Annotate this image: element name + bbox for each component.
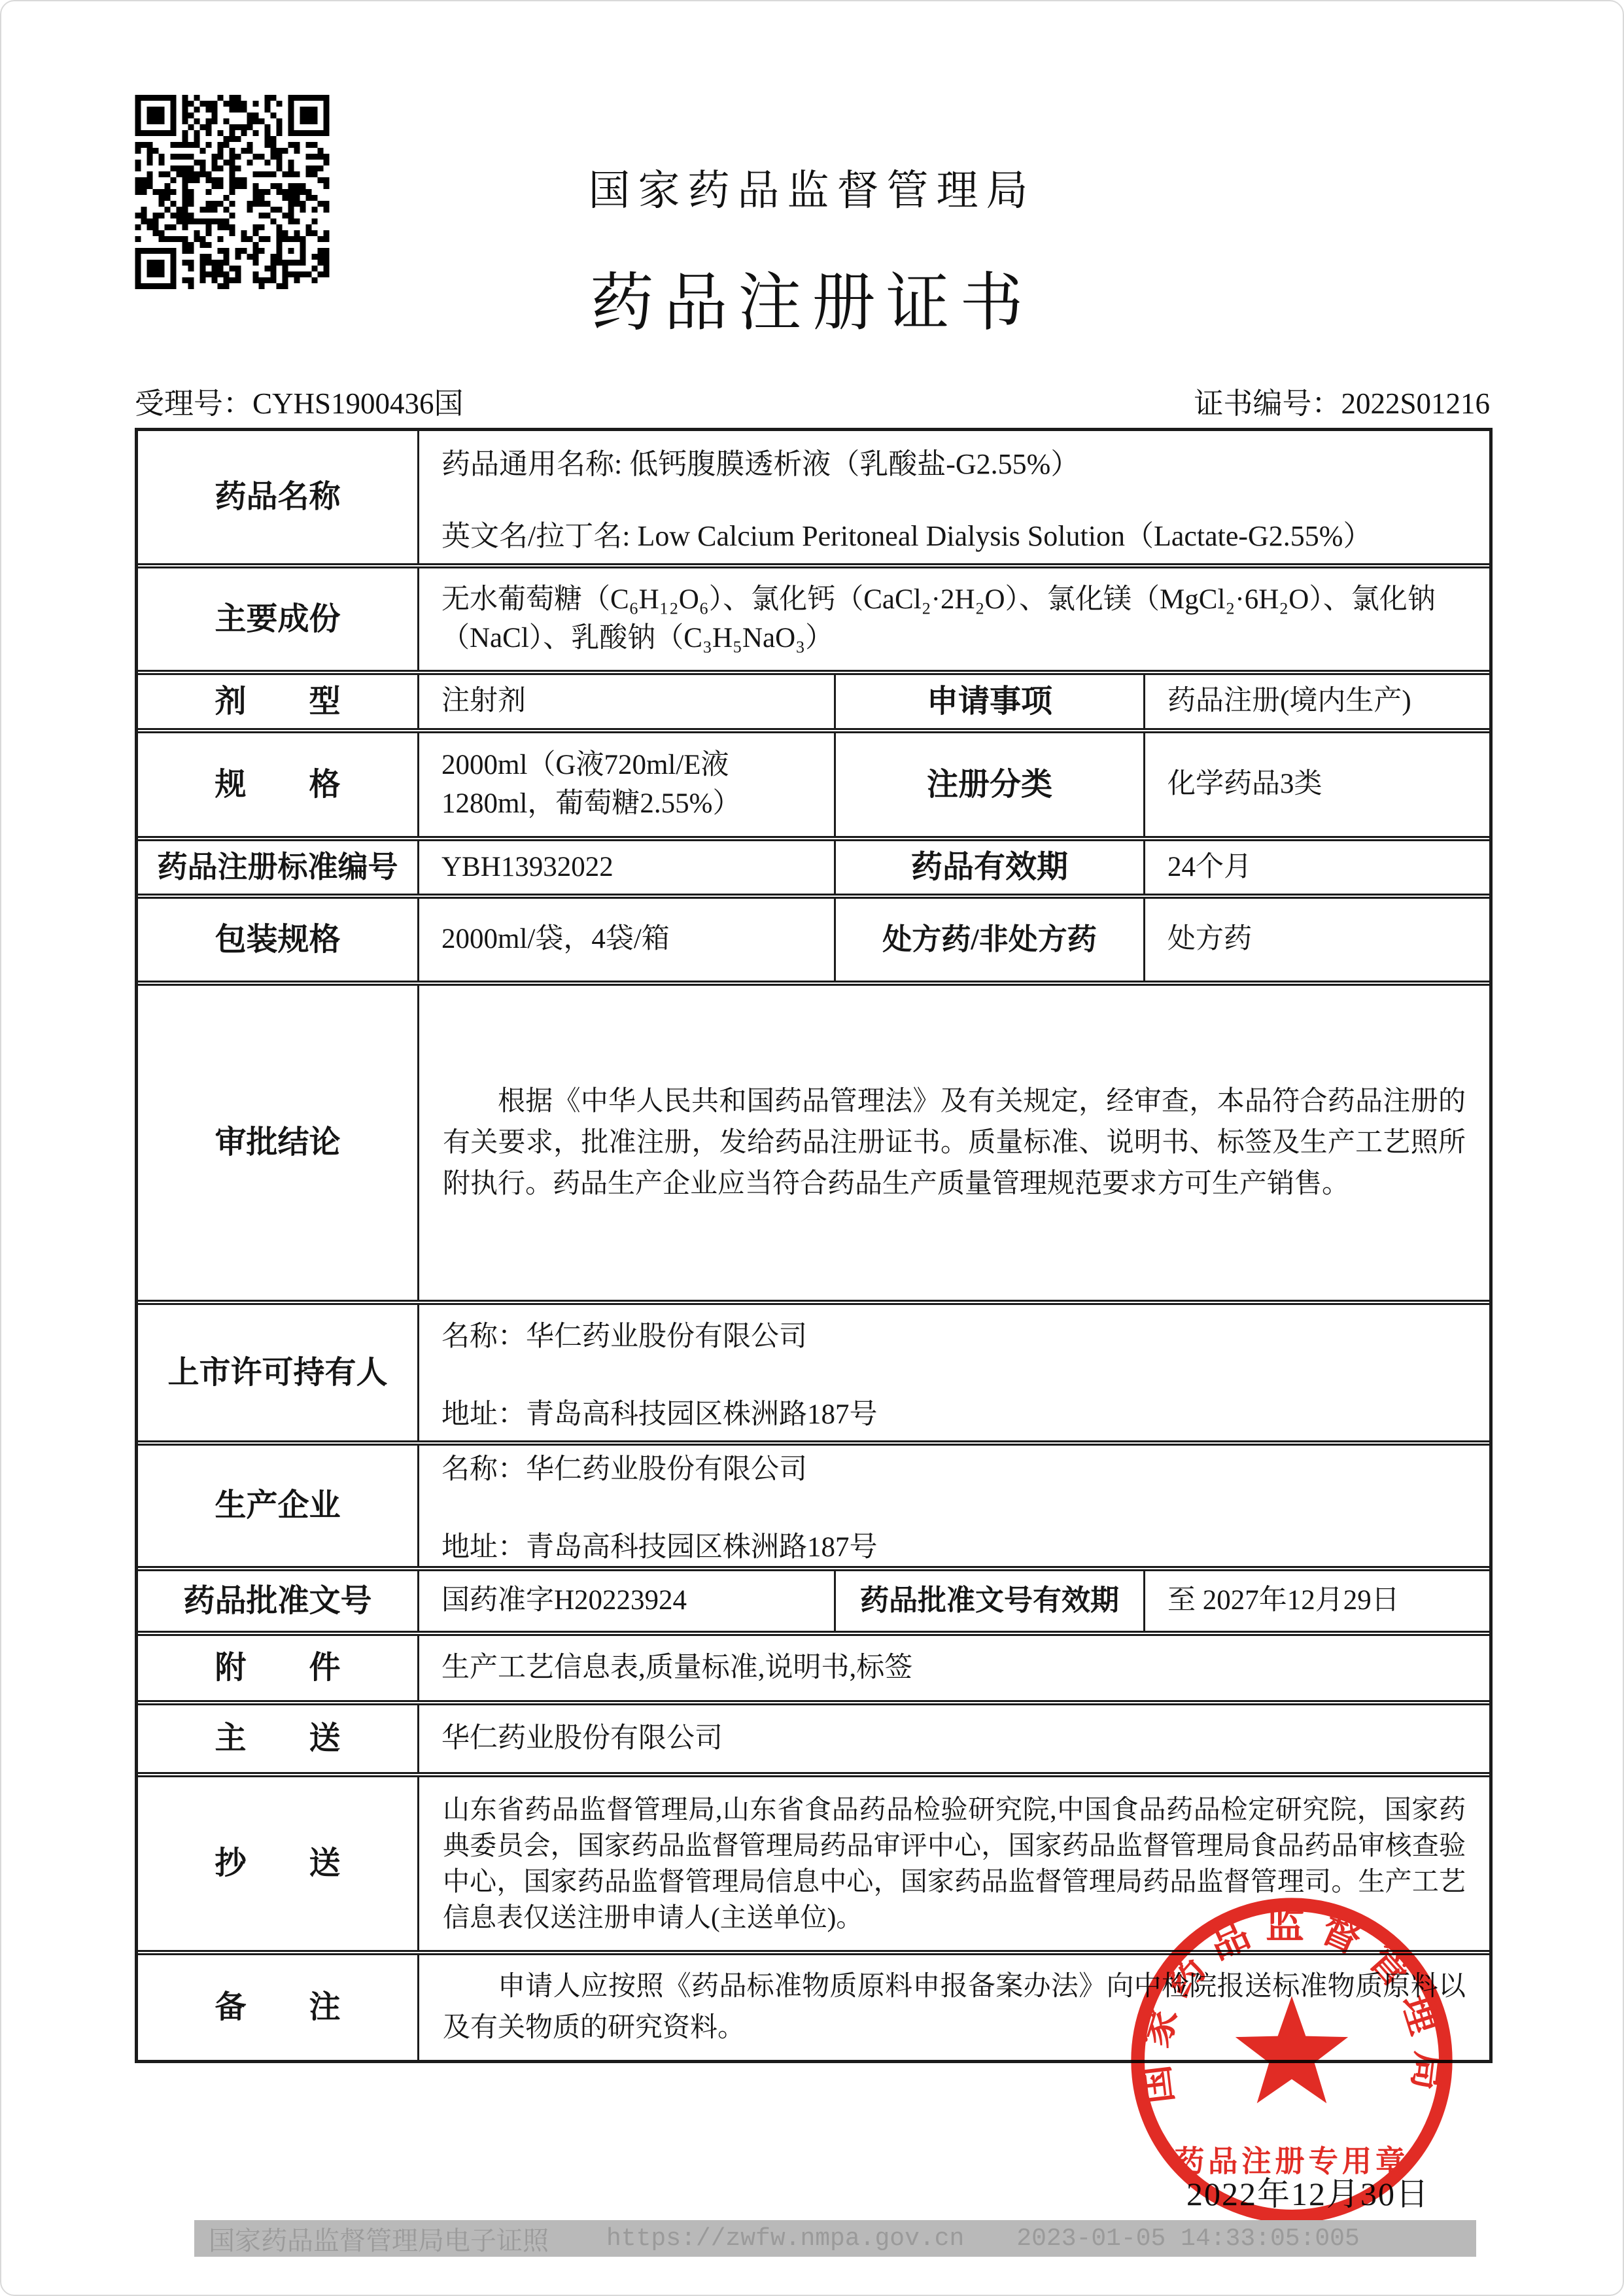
footer-timestamp: 2023-01-05 14:33:05:005: [1016, 2225, 1360, 2253]
table-row-approval-number: 药品批准文号 国药准字H20223924 药品批准文号有效期 至 2027年12…: [138, 1571, 1489, 1636]
ingredients-cell: 无水葡萄糖（C₆H₁₂O₆）、氯化钙（CaCl₂·2H₂O）、氯化镁（MgCl₂…: [417, 568, 1489, 670]
certificate-label: 证书编号：: [1194, 387, 1341, 420]
footer-agency: 国家药品监督管理局电子证照: [209, 2220, 549, 2257]
certificate-number-line: 证书编号：2022S01216: [1194, 379, 1490, 422]
row-label: 剂 型: [138, 675, 417, 728]
generic-name-key: 药品通用名称:: [441, 448, 629, 480]
row-label: 药品有效期: [834, 841, 1143, 894]
row-label: 药品注册标准编号: [138, 841, 417, 894]
table-row-license-holder: 上市许可持有人 名称：华仁药业股份有限公司 地址：青岛高科技园区株洲路187号: [138, 1305, 1489, 1446]
row-label: 主 送: [138, 1705, 417, 1772]
footer-url: https://zwfw.nmpa.gov.cn: [606, 2225, 964, 2253]
manufacturer-name-key: 名称：: [441, 1454, 526, 1485]
license-holder-cell: 名称：华仁药业股份有限公司 地址：青岛高科技园区株洲路187号: [417, 1305, 1489, 1440]
conclusion-text: 根据《中华人民共和国药品管理法》及有关规定，经审查，本品符合药品注册的有关要求，…: [443, 1081, 1466, 1205]
certificate-table: 药品名称 药品通用名称: 低钙腹膜透析液（乳酸盐-G2.55%） 英文名/拉丁名…: [135, 428, 1493, 2063]
table-row-attachment: 附 件 生产工艺信息表,质量标准,说明书,标签: [138, 1636, 1489, 1705]
holder-address-key: 地址：: [441, 1399, 526, 1430]
page-title: 药品注册证书: [1, 251, 1623, 343]
generic-name-line: 药品通用名称: 低钙腹膜透析液（乳酸盐-G2.55%）: [441, 440, 1079, 482]
certificate-number: 2022S01216: [1341, 387, 1490, 420]
registration-class-cell: 化学药品3类: [1143, 733, 1489, 836]
holder-address-value: 青岛高科技园区株洲路187号: [526, 1399, 878, 1430]
english-name-key: 英文名/拉丁名:: [441, 520, 637, 552]
certificate-page: 国家药品监督管理局 药品注册证书 受理号：CYHS1900436国 证书编号：2…: [0, 0, 1624, 2296]
standard-number-cell: YBH13932022: [417, 841, 834, 894]
row-label: 抄 送: [138, 1777, 417, 1950]
row-label: 包装规格: [138, 899, 417, 981]
seal-bottom-text: 药品注册专用章: [1175, 2144, 1409, 2178]
table-row-package: 包装规格 2000ml/袋，4袋/箱 处方药/非处方药 处方药: [138, 899, 1489, 986]
approval-validity-cell: 至 2027年12月29日: [1143, 1571, 1489, 1631]
table-row-specification: 规 格 2000ml（G液720ml/E液1280ml，葡萄糖2.55%） 注册…: [138, 733, 1489, 841]
manufacturer-address-line: 地址：青岛高科技园区株洲路187号: [441, 1525, 878, 1565]
footer-bar: 国家药品监督管理局电子证照 https://zwfw.nmpa.gov.cn 2…: [194, 2220, 1476, 2257]
english-name-value: Low Calcium Peritoneal Dialysis Solution…: [637, 520, 1372, 552]
official-seal: 国家药品监督管理局 药品注册专用章: [1122, 1893, 1461, 2228]
row-label: 主要成份: [138, 568, 417, 670]
row-label: 申请事项: [834, 675, 1143, 728]
main-send-cell: 华仁药业股份有限公司: [417, 1705, 1489, 1772]
attachment-cell: 生产工艺信息表,质量标准,说明书,标签: [417, 1636, 1489, 1700]
manufacturer-name-line: 名称：华仁药业股份有限公司: [441, 1447, 807, 1487]
row-label: 规 格: [138, 733, 417, 836]
conclusion-cell: 根据《中华人民共和国药品管理法》及有关规定，经审查，本品符合药品注册的有关要求，…: [417, 986, 1489, 1300]
table-row-ingredients: 主要成份 无水葡萄糖（C₆H₁₂O₆）、氯化钙（CaCl₂·2H₂O）、氯化镁（…: [138, 568, 1489, 675]
holder-address-line: 地址：青岛高科技园区株洲路187号: [441, 1392, 878, 1432]
manufacturer-cell: 名称：华仁药业股份有限公司 地址：青岛高科技园区株洲路187号: [417, 1446, 1489, 1566]
row-label: 药品批准文号有效期: [834, 1571, 1143, 1631]
table-row-manufacturer: 生产企业 名称：华仁药业股份有限公司 地址：青岛高科技园区株洲路187号: [138, 1446, 1489, 1571]
acceptance-label: 受理号：: [135, 387, 252, 420]
manufacturer-address-value: 青岛高科技园区株洲路187号: [526, 1532, 878, 1563]
dosage-form-cell: 注射剂: [417, 675, 834, 728]
acceptance-number-line: 受理号：CYHS1900436国: [135, 379, 464, 422]
holder-name-key: 名称：: [441, 1321, 526, 1352]
table-row-drug-name: 药品名称 药品通用名称: 低钙腹膜透析液（乳酸盐-G2.55%） 英文名/拉丁名…: [138, 431, 1489, 568]
row-label: 附 件: [138, 1636, 417, 1700]
manufacturer-address-key: 地址：: [441, 1532, 526, 1563]
english-name-line: 英文名/拉丁名: Low Calcium Peritoneal Dialysis…: [441, 512, 1372, 554]
table-row-main-send: 主 送 华仁药业股份有限公司: [138, 1705, 1489, 1777]
row-label: 注册分类: [834, 733, 1143, 836]
holder-name-value: 华仁药业股份有限公司: [526, 1321, 807, 1352]
application-item-cell: 药品注册(境内生产): [1143, 675, 1489, 728]
rx-type-cell: 处方药: [1143, 899, 1489, 981]
package-spec-cell: 2000ml/袋，4袋/箱: [417, 899, 834, 981]
table-row-dosage-form: 剂 型 注射剂 申请事项 药品注册(境内生产): [138, 675, 1489, 733]
specification-cell: 2000ml（G液720ml/E液1280ml，葡萄糖2.55%）: [417, 733, 834, 836]
validity-period-cell: 24个月: [1143, 841, 1489, 894]
table-row-conclusion: 审批结论 根据《中华人民共和国药品管理法》及有关规定，经审查，本品符合药品注册的…: [138, 986, 1489, 1305]
approval-number-cell: 国药准字H20223924: [417, 1571, 834, 1631]
table-row-standard-number: 药品注册标准编号 YBH13932022 药品有效期 24个月: [138, 841, 1489, 899]
org-title: 国家药品监督管理局: [1, 157, 1623, 217]
row-label: 生产企业: [138, 1446, 417, 1566]
row-label: 备 注: [138, 1955, 417, 2060]
row-label: 上市许可持有人: [138, 1305, 417, 1440]
row-label: 审批结论: [138, 986, 417, 1300]
row-label: 药品批准文号: [138, 1571, 417, 1631]
manufacturer-name-value: 华仁药业股份有限公司: [526, 1454, 807, 1485]
acceptance-number: CYHS1900436国: [252, 387, 464, 420]
generic-name-value: 低钙腹膜透析液（乳酸盐-G2.55%）: [629, 448, 1079, 480]
drug-name-cell: 药品通用名称: 低钙腹膜透析液（乳酸盐-G2.55%） 英文名/拉丁名: Low…: [417, 431, 1489, 563]
row-label: 药品名称: [138, 431, 417, 563]
row-label: 处方药/非处方药: [834, 899, 1143, 981]
seal-image: 国家药品监督管理局 药品注册专用章: [1122, 1893, 1461, 2228]
holder-name-line: 名称：华仁药业股份有限公司: [441, 1314, 807, 1354]
seal-star-icon: [1235, 1996, 1348, 2104]
